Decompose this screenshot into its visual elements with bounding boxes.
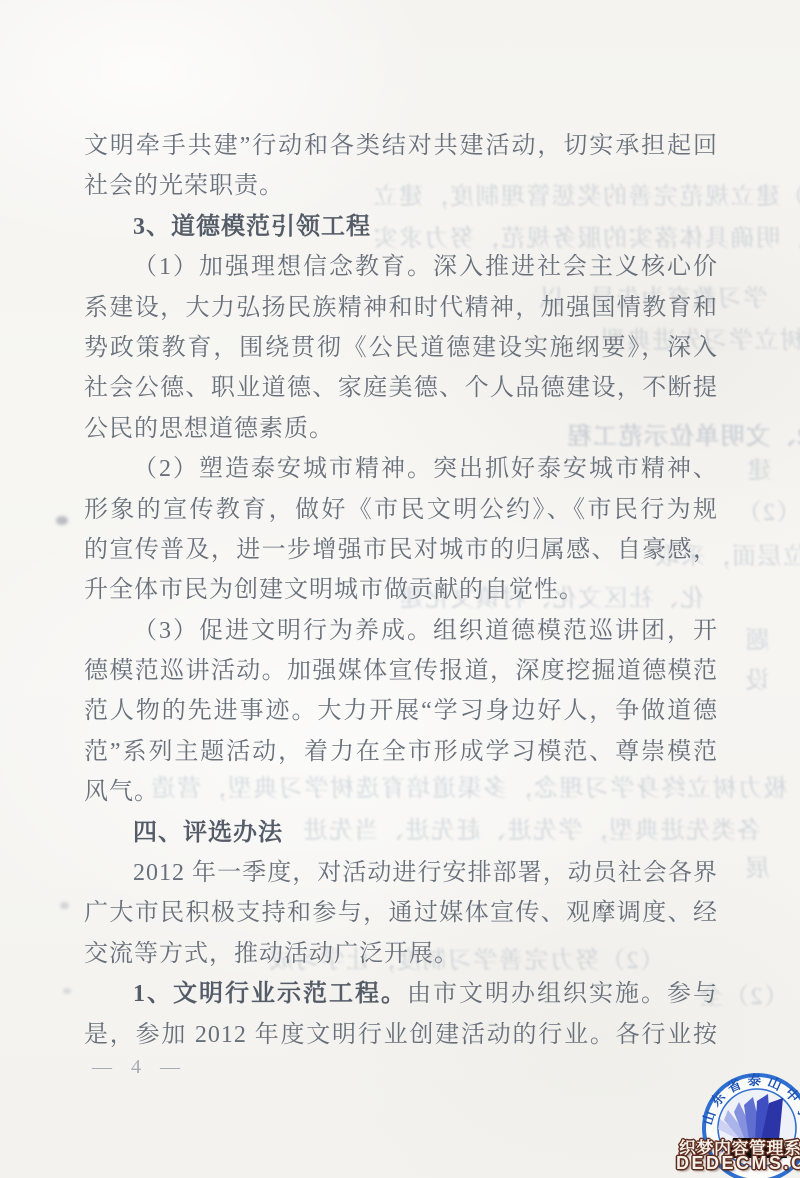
show-through-text: （2） bbox=[736, 500, 800, 526]
text-line: （3）促进文明行为养成。组织道德模范巡讲团，开展道 bbox=[84, 611, 718, 651]
text-segment-bold: 1、文明行业示范工程。 bbox=[133, 981, 407, 1007]
text-segment: （1）加强理想信念教育。深入推进社会主义核心价值体 bbox=[84, 254, 718, 287]
text-segment: 的宣传普及，进一步增强市民对城市的归属感、自豪感，提 bbox=[84, 537, 718, 570]
text-line: 形象的宣传教育，做好《市民文明公约》、《市民行为规范》 bbox=[84, 490, 718, 530]
text-line: 范”系列主题活动，着力在全市形成学习模范、尊崇模范的 bbox=[84, 732, 718, 772]
scan-artifact bbox=[56, 516, 68, 525]
text-line: 社会的光荣职责。 bbox=[84, 166, 718, 206]
scan-artifact bbox=[63, 988, 71, 994]
text-segment: 势政策教育，围绕贯彻《公民道德建设实施纲要》，深入推进 bbox=[84, 335, 718, 368]
text-segment: 社会公德、职业道德、家庭美德、个人品德建设，不断提高 bbox=[84, 375, 718, 408]
text-segment: 德模范巡讲活动。加强媒体宣传报道，深度挖掘道德模范示 bbox=[84, 658, 718, 691]
text-line: 1、文明行业示范工程。由市文明办组织实施。参与范围 bbox=[84, 974, 718, 1014]
text-segment: 系建设，大力弘扬民族精神和时代精神，加强国情教育和形 bbox=[84, 295, 718, 328]
text-line: 升全体市民为创建文明城市做贡献的自觉性。 bbox=[84, 570, 718, 610]
text-segment: 文明牵手共建”行动和各类结对共建活动，切实承担起回报 bbox=[84, 133, 718, 166]
text-line: 社会公德、职业道德、家庭美德、个人品德建设，不断提高 bbox=[84, 368, 718, 408]
text-line: 2012 年一季度，对活动进行安排部署，动员社会各界和 bbox=[84, 853, 718, 893]
text-line: 文明牵手共建”行动和各类结对共建活动，切实承担起回报 bbox=[84, 126, 718, 166]
text-line: 交流等方式，推动活动广泛开展。 bbox=[84, 934, 718, 974]
text-line: 势政策教育，围绕贯彻《公民道德建设实施纲要》，深入推进 bbox=[84, 328, 718, 368]
show-through-text: 设 bbox=[744, 668, 770, 694]
text-line: 是，参加 2012 年度文明行业创建活动的行业。各行业按照 bbox=[84, 1015, 718, 1055]
show-through-text: 展 bbox=[744, 856, 770, 882]
text-segment: 社会的光荣职责。 bbox=[84, 173, 284, 199]
text-line: （2）塑造泰安城市精神。突出抓好泰安城市精神、城市 bbox=[84, 449, 718, 489]
text-segment: 形象的宣传教育，做好《市民文明公约》、《市民行为规范》 bbox=[84, 497, 718, 530]
text-line: 四、评选办法 bbox=[84, 813, 718, 853]
scan-artifact bbox=[60, 902, 69, 909]
text-segment-bold: 3、道德模范引领工程 bbox=[133, 214, 371, 240]
text-line: 范人物的先进事迹。大力开展“学习身边好人，争做道德模 bbox=[84, 691, 718, 731]
text-segment: 2012 年一季度，对活动进行安排部署，动员社会各界和 bbox=[84, 860, 718, 893]
footer-page-number: — 4 — bbox=[92, 1056, 187, 1079]
text-segment: 范”系列主题活动，着力在全市形成学习模范、尊崇模范的 bbox=[84, 739, 718, 772]
text-line: 德模范巡讲活动。加强媒体宣传报道，深度挖掘道德模范示 bbox=[84, 651, 718, 691]
scanned-document-page: （3）建立规范完善的奖惩管理制度，建立成，明确具体落实的服务规范，努力求实学习教… bbox=[0, 0, 800, 1178]
watermark-cms-domain: DEDECMS.COM bbox=[676, 1153, 800, 1174]
text-line: 公民的思想道德素质。 bbox=[84, 409, 718, 449]
text-line: 的宣传普及，进一步增强市民对城市的归属感、自豪感，提 bbox=[84, 530, 718, 570]
text-segment: 风气。 bbox=[84, 779, 159, 805]
text-line: 系建设，大力弘扬民族精神和时代精神，加强国情教育和形 bbox=[84, 288, 718, 328]
show-through-text: 建 bbox=[746, 458, 772, 484]
body-text: 文明牵手共建”行动和各类结对共建活动，切实承担起回报社会的光荣职责。3、道德模范… bbox=[84, 126, 718, 1055]
text-segment: 是，参加 2012 年度文明行业创建活动的行业。各行业按照 bbox=[84, 1022, 718, 1055]
text-segment: 范人物的先进事迹。大力开展“学习身边好人，争做道德模 bbox=[84, 698, 718, 731]
text-line: 3、道德模范引领工程 bbox=[84, 207, 718, 247]
text-segment: 交流等方式，推动活动广泛开展。 bbox=[84, 941, 459, 967]
text-segment: （2）塑造泰安城市精神。突出抓好泰安城市精神、城市 bbox=[84, 456, 718, 489]
text-line: （1）加强理想信念教育。深入推进社会主义核心价值体 bbox=[84, 247, 718, 287]
text-line: 广大市民积极支持和参与，通过媒体宣传、观摩调度、经验 bbox=[84, 893, 718, 933]
text-segment: 广大市民积极支持和参与，通过媒体宣传、观摩调度、经验 bbox=[84, 900, 718, 933]
text-line: 风气。 bbox=[84, 772, 718, 812]
text-segment: 升全体市民为创建文明城市做贡献的自觉性。 bbox=[84, 577, 584, 603]
show-through-text: 题 bbox=[744, 628, 770, 654]
text-segment: 公民的思想道德素质。 bbox=[84, 416, 334, 442]
text-segment: （3）促进文明行为养成。组织道德模范巡讲团，开展道 bbox=[84, 618, 718, 651]
text-segment-bold: 四、评选办法 bbox=[133, 820, 283, 846]
